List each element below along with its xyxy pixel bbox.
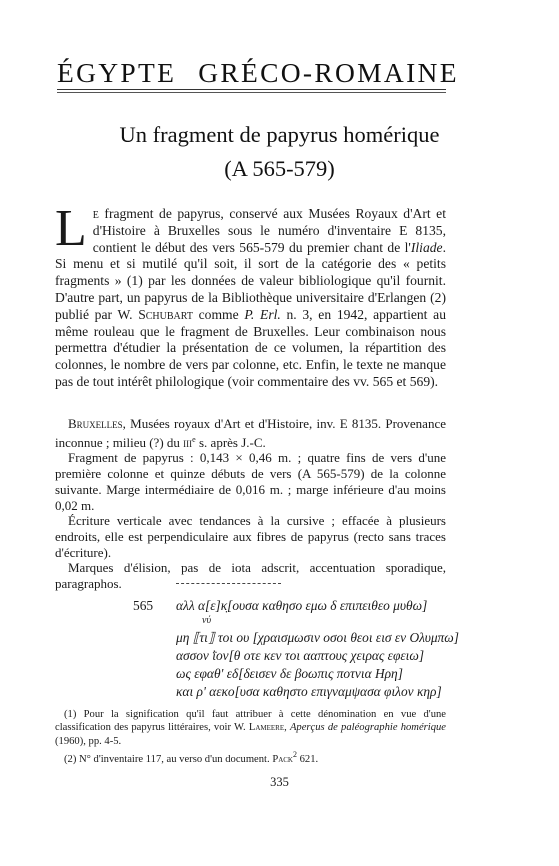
description-provenance: Bruxelles, Musées royaux d'Art et d'Hist… [55,416,446,450]
page-number: 335 [0,775,559,790]
description-script: Écriture verticale avec tendances à la c… [55,513,446,560]
header-rule-top [57,89,446,90]
line-number: 565 [133,598,153,614]
footnotes: (1) Pour la signification qu'il faut att… [55,708,446,766]
article-subtitle: (A 565-579) [0,156,559,182]
running-head-word1: ÉGYPTE [57,57,176,88]
footnote-ref-2[interactable]: (2) [430,290,446,305]
section-separator [176,583,281,584]
running-head: ÉGYPTEGRÉCO-ROMAINE [57,57,503,89]
document-page: ÉGYPTEGRÉCO-ROMAINE Un fragment de papyr… [0,0,559,866]
header-rule-bottom [57,92,446,93]
footnote-1: (1) Pour la signification qu'il faut att… [55,708,446,748]
description-dimensions: Fragment de papyrus : 0,143 × 0,46 m. ; … [55,450,446,513]
article-title: Un fragment de papyrus homérique [0,122,559,148]
description-marks: Marques d'élision, pas de iota adscrit, … [55,560,446,591]
footnote-2: (2) N° d'inventaire 117, au verso d'un d… [55,748,446,766]
greek-line-5: και ρ' αεκο[υσα καθηστο επιγναμψασα φιλο… [176,684,442,700]
greek-line-1: αλλ α[ε]κ̣[ουσα καθησο εμω δ επιπειθεο μ… [176,598,427,614]
greek-line-4: ως εφαθ' εδ[δεισεν δε βοωπις ποτνια Ηρη] [176,666,403,682]
running-head-word2: GRÉCO-ROMAINE [198,57,459,88]
greek-line-2: μη ⟦τι⟧ τοι ου [χραισμωσιν οσοι θεοι εισ… [176,630,459,646]
footnote-ref-1[interactable]: (1) [127,273,143,288]
intro-paragraph: Le fragment de papyrus, conservé aux Mus… [55,206,446,391]
description-block: Bruxelles, Musées royaux d'Art et d'Hist… [55,416,446,592]
supralinear-correction: νύ [202,615,211,626]
greek-line-3: ασσον ῒον[θ οτε κεν τοι ααπτους χειρας ε… [176,648,424,664]
drop-cap: L [55,208,87,252]
